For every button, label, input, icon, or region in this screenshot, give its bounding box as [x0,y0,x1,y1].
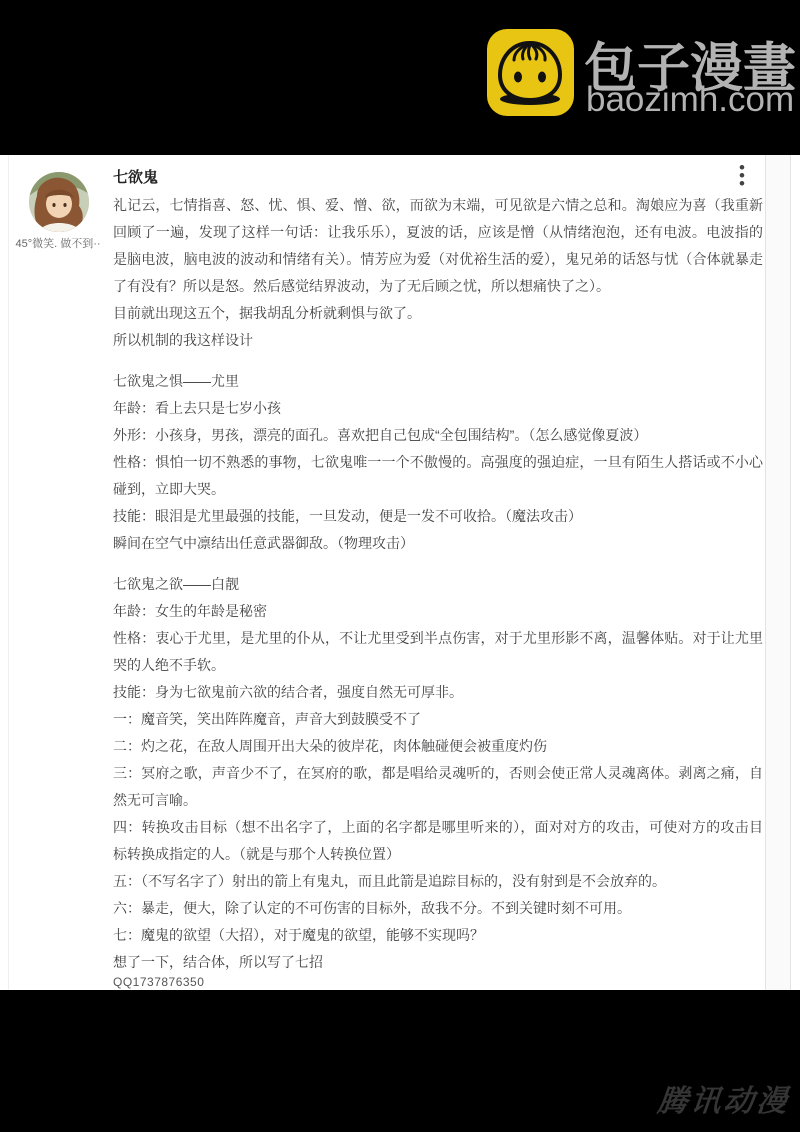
kebab-menu-icon[interactable]: ••• [731,163,753,193]
post-paragraph: 年龄：女生的年龄是秘密 [113,598,763,625]
post-paragraph: 外形：小孩身，男孩，漂亮的面孔。喜欢把自己包成“全包围结构”。（怎么感觉像夏波） [113,422,763,449]
post-body: 礼记云，七情指喜、怒、忧、惧、爱、憎、欲，而欲为末端，可见欲是六情之总和。淘娘应… [113,192,763,976]
post-paragraph: 礼记云，七情指喜、怒、忧、惧、爱、憎、欲，而欲为末端，可见欲是六情之总和。淘娘应… [113,192,763,300]
post-paragraph: 七：魔鬼的欲望（大招），对于魔鬼的欲望，能够不实现吗？ [113,922,763,949]
post-paragraph: 二：灼之花，在敌人周围开出大朵的彼岸花，肉体触碰便会被重度灼伤 [113,733,763,760]
post-paragraph: 五：（不写名字了）射出的箭上有鬼丸，而且此箭是追踪目标的，没有射到是不会放弃的。 [113,868,763,895]
post-paragraph: 六：暴走，便大，除了认定的不可伤害的目标外，敌我不分。不到关键时刻不可用。 [113,895,763,922]
post-paragraph: 四：转换攻击目标（想不出名字了，上面的名字都是哪里听来的），面对对方的攻击，可使… [113,814,763,868]
user-avatar[interactable] [29,172,89,232]
post-paragraph [113,354,763,368]
post-paragraph: 年龄：看上去只是七岁小孩 [113,395,763,422]
page-left-edge [8,155,9,990]
post-paragraph: 七欲鬼之欲——白靓 [113,571,763,598]
comic-reader-page: 包子漫畫 baozimh.com 45°微笑. 做不到·· 七欲鬼 ••• [0,0,800,1132]
site-domain: baozimh.com [586,80,800,120]
post-paragraph [113,557,763,571]
post-paragraph: 所以机制的我这样设计 [113,327,763,354]
bottom-bar: 腾讯动漫 [0,990,800,1132]
post-paragraph: 技能：身为七欲鬼前六欲的结合者，强度自然无可厚非。 [113,679,763,706]
post-paragraph: 七欲鬼之惧——尤里 [113,368,763,395]
post-paragraph: 一：魔音笑，笑出阵阵魔音，声音大到鼓膜受不了 [113,706,763,733]
tencent-comics-watermark: 腾讯动漫 [656,1076,793,1120]
qq-contact: QQ1737876350 [113,975,204,989]
top-bar: 包子漫畫 baozimh.com [0,0,800,155]
baozi-bun-icon [487,29,574,116]
post-paragraph: 想了一下，结合体，所以写了七招 [113,949,763,976]
author-name: 45°微笑. 做不到·· [2,235,114,251]
post-paragraph: 三：冥府之歌，声音少不了，在冥府的歌，都是唱给灵魂听的，否则会使正常人灵魂离体。… [113,760,763,814]
post-paragraph: 性格：衷心于尤里，是尤里的仆从，不让尤里受到半点伤害，对于尤里形影不离，温馨体贴… [113,625,763,679]
page-right-edge [765,155,791,990]
post-sheet: 45°微笑. 做不到·· 七欲鬼 ••• 礼记云，七情指喜、怒、忧、惧、爱、憎、… [0,155,800,990]
post-paragraph: 目前就出现这五个，据我胡乱分析就剩惧与欲了。 [113,300,763,327]
post-title: 七欲鬼 [113,166,158,187]
post-paragraph: 性格：惧怕一切不熟悉的事物，七欲鬼唯一一个不傲慢的。高强度的强迫症，一旦有陌生人… [113,449,763,503]
post-paragraph: 技能：眼泪是尤里最强的技能，一旦发动，便是一发不可收拾。（魔法攻击） [113,503,763,530]
post-paragraph: 瞬间在空气中凛结出任意武器御敌。（物理攻击） [113,530,763,557]
